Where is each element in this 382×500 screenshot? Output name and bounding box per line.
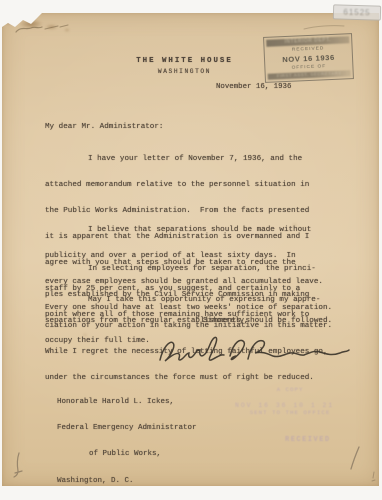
recipient-city: Washington, D. C. xyxy=(57,477,197,486)
stamp-line-secretary: FIRST ASST. SECRETARY xyxy=(268,70,351,80)
pencil-mark-bottom-left xyxy=(10,451,28,479)
corner-label-text: 61525 xyxy=(343,8,370,18)
corner-stain xyxy=(0,10,20,25)
closing: Sincerely, xyxy=(203,317,249,325)
letter-paper: THE WHITE HOUSE WASHINGTON INTERIOR DEPT… xyxy=(2,13,379,486)
body-line: In selecting employees for separation, t… xyxy=(45,265,332,274)
pencil-mark-bottom-right xyxy=(348,445,362,471)
corner-stain xyxy=(45,24,58,30)
pencil-scribble xyxy=(14,19,76,37)
body-line: May I take this opportunity of expressin… xyxy=(45,296,332,305)
corner-stain xyxy=(64,28,70,32)
pencil-dash xyxy=(302,23,346,31)
recipient-block: Honorable Harold L. Ickes, Federal Emerg… xyxy=(57,380,197,500)
faint-routing-stamp: A COPY SENT TO THE OFFICE xyxy=(238,371,342,431)
faint-stamp-line: SENT TO THE OFFICE xyxy=(238,409,342,417)
salutation: My dear Mr. Administrator: xyxy=(45,123,163,131)
corner-label: 61525 xyxy=(333,4,381,20)
recipient-title-2: of Public Works, xyxy=(57,450,197,459)
recipient-title: Federal Emergency Administrator xyxy=(57,424,197,433)
recipient-name: Honorable Harold L. Ickes, xyxy=(57,398,197,407)
body-line: ciation of your action in taking the ini… xyxy=(45,322,332,331)
corner-stain xyxy=(19,19,43,29)
body-line: While I regret the necessity of letting … xyxy=(45,348,332,357)
received-stamp: INTERIOR DEPT. RECEIVED NOV 16 1936 OFFI… xyxy=(263,33,354,83)
faint-received-stamp: RECEIVED xyxy=(285,436,331,444)
body-line: I have your letter of November 7, 1936, … xyxy=(45,155,309,164)
faint-date-stamp: NOV 16 36 10 1 21 xyxy=(235,402,334,409)
date-line: November 16, 1936 xyxy=(216,83,291,91)
body-line: I believe that separations should be mad… xyxy=(45,226,332,235)
body-line: attached memorandum relative to the pers… xyxy=(45,181,309,190)
faint-stamp-line: A COPY xyxy=(238,386,342,394)
pencil-tick-corner xyxy=(370,471,378,483)
